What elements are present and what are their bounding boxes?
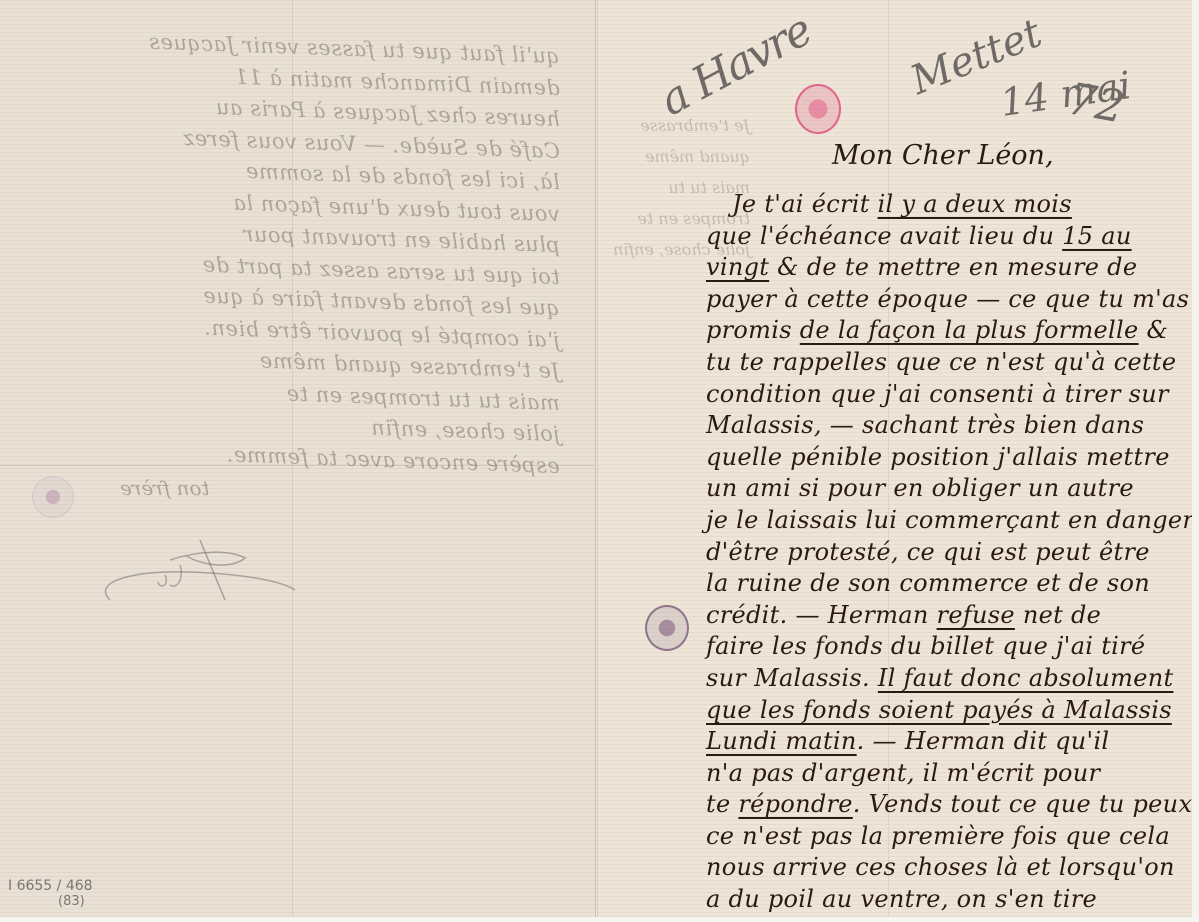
shelfmark: I 6655 / 468 (83) (8, 878, 93, 910)
letter-line: sur Malassis. Il faut donc absolument (706, 663, 1190, 695)
letter-line: crédit. — Herman refuse net de (706, 600, 1190, 632)
letter-line: quelle pénible position j'allais mettre (706, 442, 1190, 474)
letter-line: condition que j'ai consenti à tirer sur (706, 379, 1190, 411)
shelfmark-number: I 6655 / 468 (8, 878, 93, 894)
bleed-through-text: qu'il faut que tu fasses venir Jacques d… (40, 32, 560, 473)
pencil-year-note: 72 (1064, 74, 1128, 134)
letter-line: ce n'est pas la première fois que cela (706, 821, 1190, 853)
letter-line: n'a pas d'argent, il m'écrit pour (706, 758, 1190, 790)
letter-line: que l'échéance avait lieu du 15 au (706, 221, 1190, 253)
letter-line: payer à cette époque — ce que tu m'as (706, 284, 1190, 316)
letter-line: a du poil au ventre, on s'en tire (706, 884, 1190, 916)
letter-line: que les fonds soient payés à Malassis (706, 695, 1190, 727)
scanned-letter-sheet: qu'il faut que tu fasses venir Jacques d… (0, 0, 1199, 917)
scan-border-right (1192, 0, 1199, 922)
signature-flourish (80, 510, 300, 620)
letter-line: tu te rappelles que ce n'est qu'à cette (706, 347, 1190, 379)
letter-body: Je t'ai écrit il y a deux mois que l'éch… (706, 189, 1190, 916)
pink-library-stamp (795, 84, 841, 134)
letter-line: un ami si pour en obliger un autre (706, 473, 1190, 505)
letter-line: Lundi matin. — Herman dit qu'il (706, 726, 1190, 758)
letter-salutation: Mon Cher Léon, (832, 140, 1054, 171)
scan-border-bottom (0, 917, 1199, 922)
letter-line: faire les fonds du billet que j'ai tiré (706, 631, 1190, 663)
shelfmark-sub: (83) (8, 894, 93, 910)
letter-line: Malassis, — sachant très bien dans (706, 410, 1190, 442)
faded-library-stamp (32, 476, 74, 518)
letter-line: promis de la façon la plus formelle & (706, 315, 1190, 347)
letter-line: Je t'ai écrit il y a deux mois (706, 189, 1190, 221)
letter-line: te répondre. Vends tout ce que tu peux, (706, 789, 1190, 821)
purple-library-stamp (645, 605, 689, 651)
letter-line: nous arrive ces choses là et lorsqu'on (706, 852, 1190, 884)
bleed-closing: ton frère (120, 476, 210, 500)
letter-line: d'être protesté, ce qui est peut être (706, 537, 1190, 569)
page-seam (595, 0, 598, 917)
letter-line: je le laissais lui commerçant en danger (706, 505, 1190, 537)
letter-line: la ruine de son commerce et de son (706, 568, 1190, 600)
letter-line: vingt & de te mettre en mesure de (706, 252, 1190, 284)
